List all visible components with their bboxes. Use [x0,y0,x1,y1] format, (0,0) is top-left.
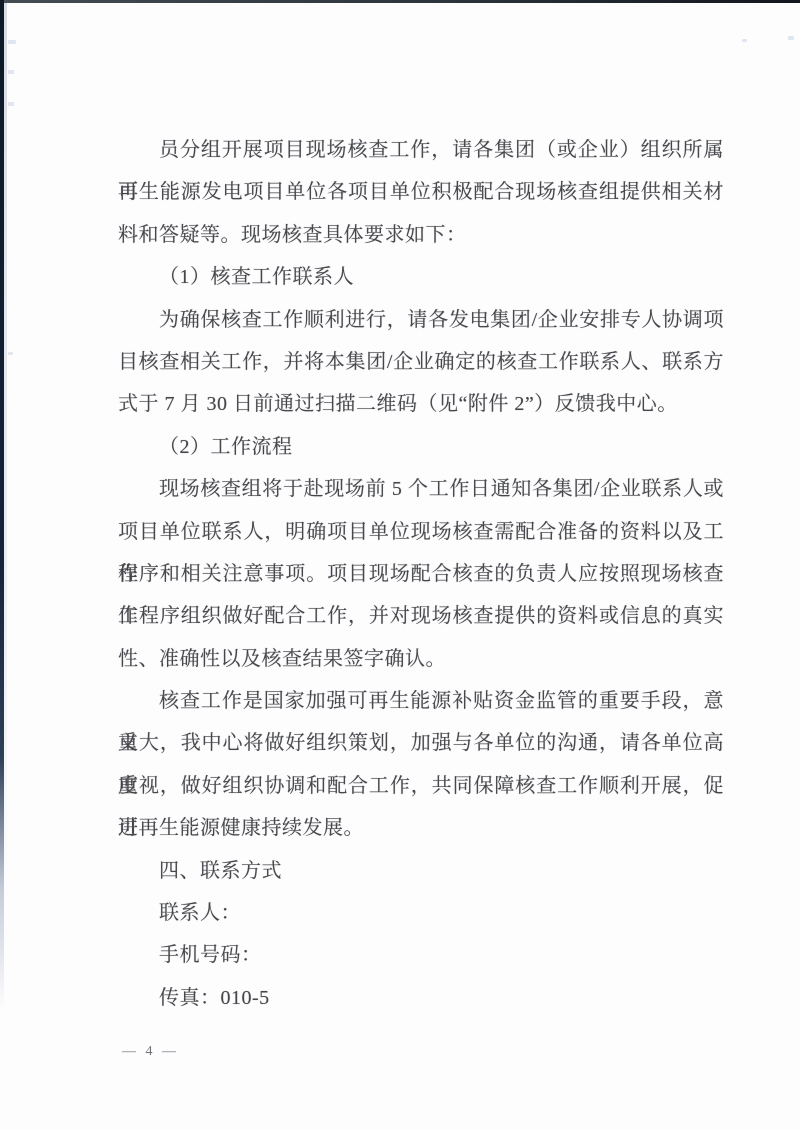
text-line: 重大，我中心将做好组织策划，加强与各单位的沟通，请各单位高度 [118,722,724,764]
document-body: 员分组开展项目现场核查工作，请各集团（或企业）组织所属可 再生能源发电项目单位各… [118,129,724,1019]
section-heading: 四、联系方式 [118,850,724,892]
scan-artifact [8,352,13,355]
text-line: 可再生能源健康持续发展。 [118,807,724,849]
text-line: 式于 7 月 30 日前通过扫描二维码（见“附件 2”）反馈我中心。 [118,383,724,425]
scan-artifact [8,70,14,74]
mobile-number-label: 手机号码： [118,934,724,976]
contact-person-label: 联系人： [118,892,724,934]
text-line: 员分组开展项目现场核查工作，请各集团（或企业）组织所属可 [118,129,724,171]
text-line: 为确保核查工作顺利进行，请各发电集团/企业安排专人协调项 [118,299,724,341]
text-line: 项目单位联系人，明确项目单位现场核查需配合准备的资料以及工作 [118,511,724,553]
list-item-heading: （2）工作流程 [118,426,724,468]
scan-edge-left-halo [4,0,7,900]
document-page: 员分组开展项目现场核查工作，请各集团（或企业）组织所属可 再生能源发电项目单位各… [0,0,800,1130]
text-line: 现场核查组将于赴现场前 5 个工作日通知各集团/企业联系人或 [118,468,724,510]
scan-edge-top [0,0,800,3]
text-line: 目核查相关工作，并将本集团/企业确定的核查工作联系人、联系方 [118,341,724,383]
scan-artifact [788,36,794,40]
page-number: — 4 — [122,1044,179,1060]
list-item-heading: （1）核查工作联系人 [118,256,724,298]
text-line: 核查工作是国家加强可再生能源补贴资金监管的重要手段，意义 [118,680,724,722]
text-line: 性、准确性以及核查结果签字确认。 [118,638,724,680]
fax-label: 传真：010-5 [118,977,724,1019]
text-line: 料和答疑等。现场核查具体要求如下： [118,214,724,256]
text-line: 再生能源发电项目单位各项目单位积极配合现场核查组提供相关材 [118,171,724,213]
text-line: 作程序组织做好配合工作，并对现场核查提供的资料或信息的真实 [118,595,724,637]
text-line: 程序和相关注意事项。项目现场配合核查的负责人应按照现场核查工 [118,553,724,595]
scan-artifact [742,39,747,42]
scan-artifact [8,102,14,106]
text-line: 重视，做好组织协调和配合工作，共同保障核查工作顺利开展，促进 [118,765,724,807]
scan-artifact [8,40,16,44]
